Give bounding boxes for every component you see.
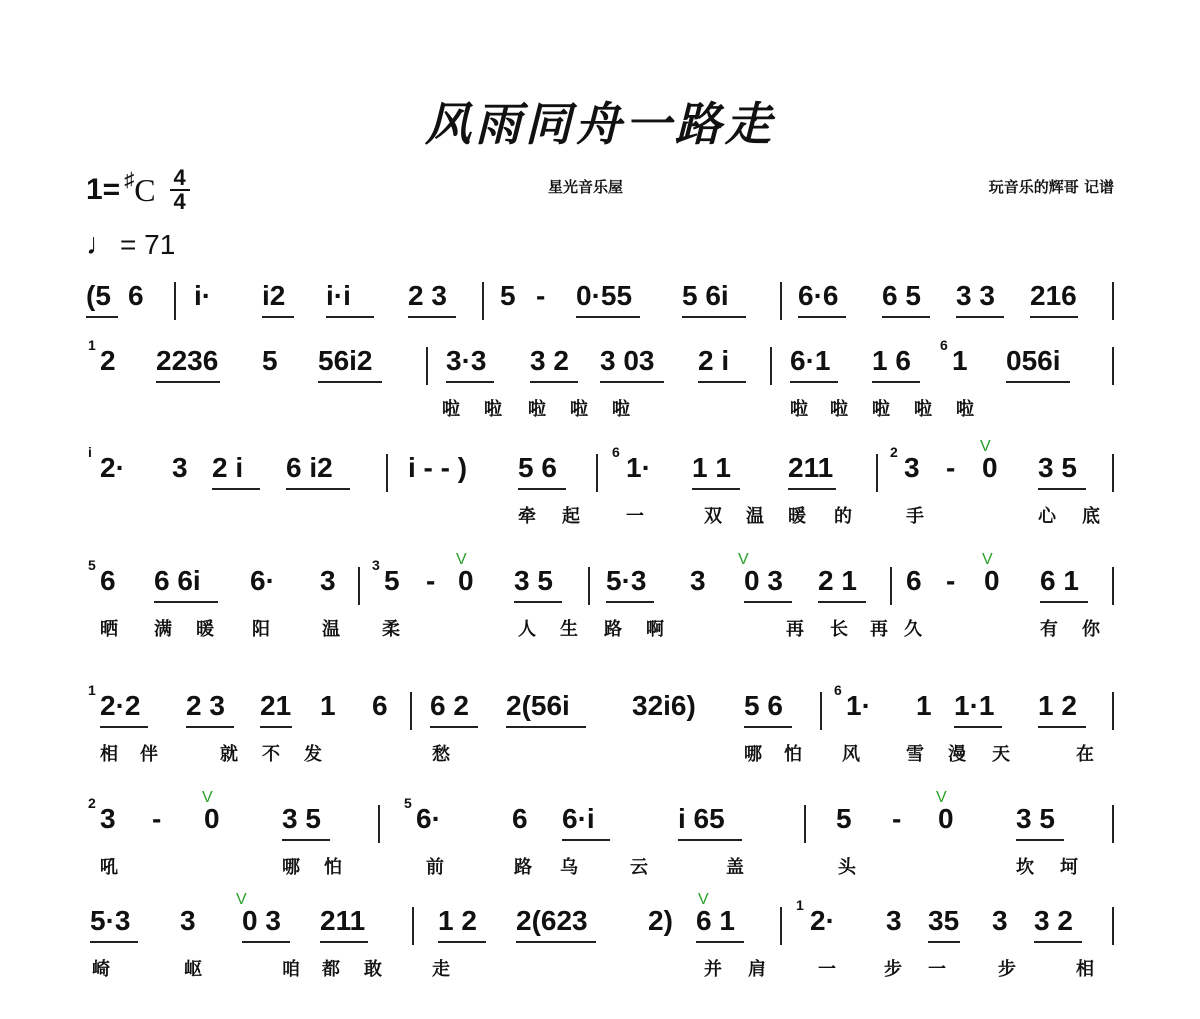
note-group: 0 [458,565,474,597]
beam-underline [100,726,148,728]
grace-note: 2 [890,444,898,460]
note-group: 0 [938,803,954,835]
lyric-char: 温 [746,502,764,528]
tempo-marking: ♩ = 71 [86,228,175,262]
note-group: 2 [100,345,116,377]
note-group: 6 [128,280,144,312]
note-group: 3 03 [600,345,655,377]
note-group: 6· [416,803,441,835]
note-group: 5 6i [682,280,729,312]
note-group: 1 2 [1038,690,1077,722]
note-group: 3 [320,565,336,597]
beam-underline [90,941,138,943]
beam-underline [1038,488,1086,490]
barline [780,282,782,320]
note-group: 2) [648,905,673,937]
note-group: 6 [372,690,388,722]
note-group: 2 3 [408,280,447,312]
lyric-char: 相 [100,740,118,766]
barline [378,805,380,843]
beam-underline [600,381,664,383]
note-group: 5 6 [744,690,783,722]
lyric-char: 就 [220,740,238,766]
time-sig-bottom: 4 [173,192,185,212]
lyric-char: 再 [870,615,888,641]
beam-underline [744,601,792,603]
lyric-char: 起 [562,502,580,528]
beam-underline [516,941,596,943]
lyric-char: 柔 [382,615,400,641]
note-group: - [152,803,161,835]
note-group: 0 3 [744,565,783,597]
beam-underline [788,488,836,490]
barline [596,454,598,492]
note-group: 3 [904,452,920,484]
beam-underline [798,316,846,318]
note-group: 211 [320,905,365,937]
note-group: 0 [204,803,220,835]
note-group: 5 [500,280,516,312]
lyric-char: 敢 [364,955,382,981]
barline [1112,907,1114,945]
beam-underline [86,316,118,318]
lyric-char: 啦 [612,395,630,421]
beam-underline [186,726,234,728]
lyric-char: 啦 [442,395,460,421]
lyric-char: 愁 [432,740,450,766]
beam-underline [506,726,586,728]
note-group: 3 [690,565,706,597]
beam-underline [438,941,486,943]
score-line: 2·32 i6 i2i - - )5 61·1 12113-03 5i62V牵起… [86,452,1116,532]
grace-note: 2 [88,795,96,811]
note-group: 2 i [698,345,729,377]
score-line: 66 6i6·35-03 55·330 32 16-06 153VVV晒满暖阳温… [86,565,1116,645]
breath-mark-icon: V [456,551,467,569]
lyric-char: 雪 [906,740,924,766]
lyric-char: 暖 [196,615,214,641]
lyric-char: 走 [432,955,450,981]
note-group: - [892,803,901,835]
note-group: 3 [886,905,902,937]
lyric-char: 乌 [560,853,578,879]
beam-underline [514,601,562,603]
note-group: 5·3 [606,565,646,597]
score-line: 2·22 321166 22(56i32i6)5 61·11·11 216相伴就… [86,690,1116,770]
beam-underline [262,316,294,318]
note-group: 1 [952,345,968,377]
lyric-char: 暖 [788,502,806,528]
beam-underline [682,316,746,318]
note-group: 6·1 [790,345,830,377]
beam-underline [1038,726,1086,728]
barline [588,567,590,605]
barline [780,907,782,945]
lyric-char: 哪 [744,740,762,766]
lyric-char: 的 [834,502,852,528]
note-group: 56i2 [318,345,373,377]
breath-mark-icon: V [980,438,991,456]
barline [890,567,892,605]
score-line: 5·330 32111 22(6232)6 12·33533 21VV崎岖咱都敢… [86,905,1116,985]
note-group: 6 6i [154,565,201,597]
note-group: 2· [810,905,835,937]
breath-mark-icon: V [936,789,947,807]
grace-note: 3 [372,557,380,573]
beam-underline [318,381,382,383]
note-group: 3·3 [446,345,486,377]
lyric-char: 发 [304,740,322,766]
note-group: 2236 [156,345,218,377]
barline [174,282,176,320]
lyric-char: 步 [998,955,1016,981]
beam-underline [408,316,456,318]
beam-underline [430,726,478,728]
song-title: 风雨同舟一路走 [0,88,1200,154]
note-group: (5 [86,280,111,312]
note-group: 6 2 [430,690,469,722]
beam-underline [1006,381,1070,383]
note-group: 6 [100,565,116,597]
beam-underline [562,839,610,841]
note-group: 2(623 [516,905,588,937]
note-group: 2 3 [186,690,225,722]
lyric-char: 怕 [784,740,802,766]
beam-underline [928,941,960,943]
barline [1112,567,1114,605]
beam-underline [320,941,368,943]
lyric-char: 天 [992,740,1010,766]
lyric-char: 吼 [100,853,118,879]
note-group: - [536,280,545,312]
lyric-char: 人 [518,615,536,641]
grace-note: 6 [834,682,842,698]
lyric-char: 啦 [914,395,932,421]
lyric-char: 双 [704,502,722,528]
note-group: 3 3 [956,280,995,312]
lyric-char: 啦 [528,395,546,421]
grace-note: 1 [88,337,96,353]
note-group: 2· [100,452,125,484]
note-group: 2 i [212,452,243,484]
barline [412,907,414,945]
barline [410,692,412,730]
quarter-note-icon: ♩ [86,228,116,262]
lyric-char: 相 [1076,955,1094,981]
note-group: 0 [984,565,1000,597]
note-group: 6 [906,565,922,597]
note-group: 3 [172,452,188,484]
note-group: 6· [250,565,275,597]
note-group: 6 [512,803,528,835]
note-group: 5 [262,345,278,377]
time-sig-top: 4 [173,168,185,188]
barline [804,805,806,843]
score-line: 3-03 56·66·ii 655-03 525VV吼哪怕前路乌云盖头坎坷 [86,803,1116,883]
barline [1112,347,1114,385]
lyric-char: 长 [830,615,848,641]
lyric-char: 心 [1038,502,1056,528]
note-group: 0·55 [576,280,632,312]
breath-mark-icon: V [982,551,993,569]
lyric-char: 晒 [100,615,118,641]
note-group: i 65 [678,803,725,835]
beam-underline [954,726,1002,728]
lyric-char: 路 [604,615,622,641]
lyric-char: 坷 [1060,853,1078,879]
note-group: 2 1 [818,565,857,597]
lyric-char: 久 [904,615,922,641]
lyric-char: 肩 [748,955,766,981]
barline [1112,282,1114,320]
beam-underline [1040,601,1088,603]
note-group: i - - ) [408,452,467,484]
grace-note: 1 [88,682,96,698]
beam-underline [518,488,566,490]
note-group: - [946,565,955,597]
note-group: 1· [626,452,651,484]
lyric-char: 啦 [484,395,502,421]
lyric-char: 一 [818,955,836,981]
transcriber-label: 玩音乐的辉哥 记谱 [989,176,1114,197]
beam-underline [696,941,744,943]
lyric-char: 啦 [956,395,974,421]
lyric-char: 怕 [324,853,342,879]
note-group: i·i [326,280,351,312]
note-group: 0 3 [242,905,281,937]
barline [770,347,772,385]
grace-note: 5 [404,795,412,811]
note-group: 1·1 [954,690,994,722]
barline [1112,692,1114,730]
note-group: 3 2 [530,345,569,377]
lyric-char: 崎 [92,955,110,981]
lyric-char: 你 [1082,615,1100,641]
lyric-char: 阳 [252,615,270,641]
breath-mark-icon: V [698,891,709,909]
breath-mark-icon: V [202,789,213,807]
beam-underline [282,839,330,841]
note-group: 3 5 [514,565,553,597]
barline [820,692,822,730]
beam-underline [692,488,740,490]
lyric-char: 生 [560,615,578,641]
beam-underline [154,601,218,603]
beam-underline [576,316,640,318]
lyric-char: 头 [838,853,856,879]
lyric-char: 哪 [282,853,300,879]
grace-note: 6 [940,337,948,353]
beam-underline [744,726,792,728]
note-group: i2 [262,280,285,312]
note-group: 3 [180,905,196,937]
key-prefix: 1= [86,173,120,207]
note-group: 1 1 [692,452,731,484]
key-name: C [134,172,155,209]
lyric-char: 盖 [726,853,744,879]
note-group: 5 [384,565,400,597]
beam-underline [260,726,292,728]
barline [1112,454,1114,492]
note-group: i· [194,280,211,312]
note-group: 3 [100,803,116,835]
lyric-char: 路 [514,853,532,879]
note-group: 2·2 [100,690,140,722]
lyric-char: 手 [906,502,924,528]
lyric-char: 并 [704,955,722,981]
note-group: 0 [982,452,998,484]
note-group: - [946,452,955,484]
barline [386,454,388,492]
score-line: 22236556i23·33 23 032 i6·11 61056i16啦啦啦啦… [86,345,1116,425]
beam-underline [156,381,220,383]
note-group: 5 6 [518,452,557,484]
barline [482,282,484,320]
lyric-char: 风 [842,740,860,766]
barline [1112,805,1114,843]
beam-underline [872,381,920,383]
lyric-char: 在 [1076,740,1094,766]
publisher-label: 星光音乐屋 [548,176,623,197]
note-group: 1 6 [872,345,911,377]
note-group: 056i [1006,345,1061,377]
lyric-char: 啦 [790,395,808,421]
beam-underline [326,316,374,318]
lyric-char: 有 [1040,615,1058,641]
note-group: 3 [992,905,1008,937]
beam-underline [606,601,654,603]
lyric-char: 啦 [830,395,848,421]
note-group: 6·i [562,803,595,835]
lyric-char: 伴 [140,740,158,766]
lyric-char: 都 [322,955,340,981]
lyric-char: 啊 [646,615,664,641]
note-group: 211 [788,452,833,484]
breath-mark-icon: V [738,551,749,569]
note-group: 3 5 [1016,803,1055,835]
beam-underline [1016,839,1064,841]
note-group: 6 i2 [286,452,333,484]
lyric-char: 坎 [1016,853,1034,879]
note-group: 5 [836,803,852,835]
note-group: 6 1 [696,905,735,937]
note-group: 3 5 [1038,452,1077,484]
tempo-value: = 71 [120,229,175,261]
beam-underline [212,488,260,490]
key-signature: 1= ♯ C 4 4 [86,168,190,212]
lyric-char: 一 [928,955,946,981]
beam-underline [1030,316,1078,318]
note-group: 1 2 [438,905,477,937]
note-group: 6 5 [882,280,921,312]
beam-underline [790,381,838,383]
grace-note: i [88,444,92,460]
note-group: 32i6) [632,690,696,722]
beam-underline [446,381,494,383]
barline [358,567,360,605]
beam-underline [242,941,290,943]
lyric-char: 云 [630,853,648,879]
note-group: 3 2 [1034,905,1073,937]
lyric-char: 牵 [518,502,536,528]
lyric-char: 前 [426,853,444,879]
breath-mark-icon: V [236,891,247,909]
note-group: 3 5 [282,803,321,835]
beam-underline [956,316,1004,318]
lyric-char: 漫 [948,740,966,766]
sharp-icon: ♯ [124,169,134,192]
note-group: 2(56i [506,690,570,722]
barline [426,347,428,385]
note-group: 5·3 [90,905,130,937]
lyric-char: 咱 [282,955,300,981]
barline [876,454,878,492]
lyric-char: 岖 [184,955,202,981]
lyric-char: 温 [322,615,340,641]
beam-underline [678,839,742,841]
beam-underline [530,381,578,383]
beam-underline [1034,941,1082,943]
lyric-char: 步 [884,955,902,981]
note-group: 6·6 [798,280,838,312]
lyric-char: 再 [786,615,804,641]
lyric-char: 不 [262,740,280,766]
beam-underline [286,488,350,490]
lyric-char: 啦 [872,395,890,421]
lyric-char: 底 [1082,502,1100,528]
note-group: - [426,565,435,597]
note-group: 1· [846,690,871,722]
beam-underline [882,316,930,318]
grace-note: 1 [796,897,804,913]
time-signature: 4 4 [170,168,190,212]
note-group: 1 [916,690,932,722]
note-group: 35 [928,905,959,937]
lyric-char: 啦 [570,395,588,421]
grace-note: 6 [612,444,620,460]
beam-underline [698,381,746,383]
note-group: 1 [320,690,336,722]
lyric-char: 一 [626,502,644,528]
note-group: 6 1 [1040,565,1079,597]
lyric-char: 满 [154,615,172,641]
grace-note: 5 [88,557,96,573]
note-group: 21 [260,690,291,722]
note-group: 216 [1030,280,1077,312]
beam-underline [818,601,866,603]
